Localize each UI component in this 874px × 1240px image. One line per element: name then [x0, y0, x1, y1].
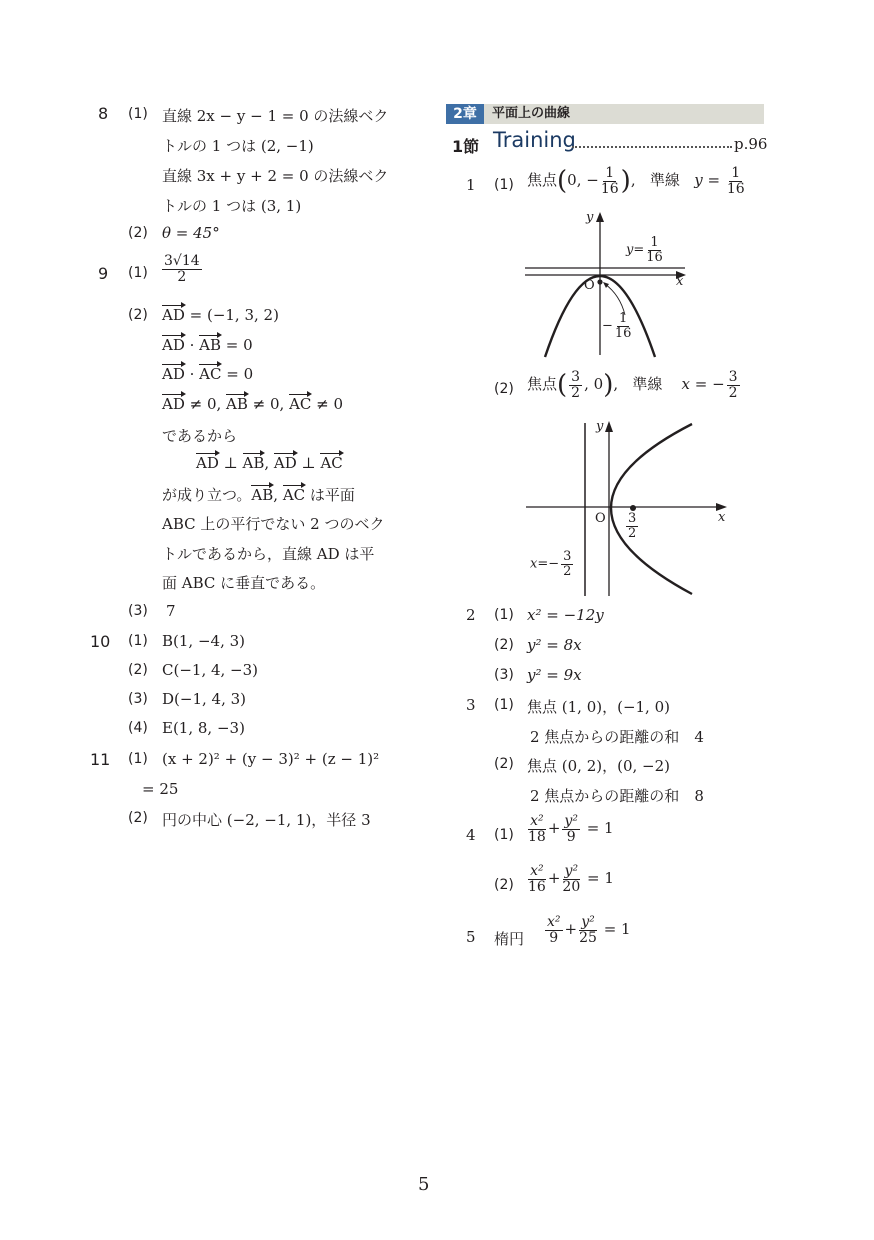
origin-label: O	[595, 511, 606, 526]
answer-line: トルであるから，直線 AD は平	[162, 543, 374, 564]
part-label: (2)	[128, 810, 148, 826]
x-axis-label: x	[676, 274, 683, 289]
x-axis-label: x	[718, 510, 725, 525]
answer-text: D(−1, 4, 3)	[162, 690, 246, 708]
answer-text: B(1, −4, 3)	[162, 632, 245, 650]
y-axis-label: y	[596, 419, 603, 434]
answer-text: θ = 45°	[162, 224, 220, 242]
answer-text: 円の中心 (−2, −1, 1)，半径 3	[162, 809, 371, 830]
answer-line: 直線 3x + y + 2 = 0 の法線ベク	[162, 165, 388, 186]
y-axis-label: y	[586, 210, 593, 225]
directrix-graph-label: x=−32	[530, 550, 575, 578]
directrix-graph-label: y=116	[626, 236, 665, 264]
page-reference: p.96	[734, 135, 767, 153]
part-label: (1)	[494, 177, 514, 193]
answer-line: が成り立つ。AB, AC は平面	[162, 484, 355, 505]
chapter-header: 2章 平面上の曲線	[446, 104, 764, 124]
answer-line: AD ≠ 0, AB ≠ 0, AC ≠ 0	[162, 395, 343, 413]
section-number: 1節	[452, 134, 479, 157]
answer-line: AD · AC = 0	[162, 365, 253, 383]
part-label: (2)	[128, 307, 148, 323]
chapter-badge: 2章	[446, 104, 484, 124]
part-label: (4)	[128, 720, 148, 736]
answer-line: = 25	[142, 780, 178, 798]
part-label: (2)	[494, 637, 514, 653]
focus-point	[597, 279, 602, 284]
answer-text: C(−1, 4, −3)	[162, 661, 258, 679]
section-title: Training	[493, 128, 576, 152]
ellipse-equation: x²16+y²20 = 1	[526, 864, 614, 894]
answer-line: であるから	[162, 425, 237, 446]
question-number: 5	[466, 928, 476, 946]
answer-line: AD = (−1, 3, 2)	[162, 306, 279, 324]
answer-text: y² = 9x	[527, 666, 582, 684]
question-number: 2	[466, 606, 476, 624]
fraction: 3√142	[160, 254, 204, 284]
ellipse-equation: x²18+y²9 = 1	[526, 814, 614, 844]
part-label: (3)	[494, 667, 514, 683]
answer-line: ABC 上の平行でない 2 つのベク	[162, 513, 384, 534]
question-number: 4	[466, 826, 476, 844]
arrowhead-icon	[603, 282, 609, 288]
answer-line: 焦点(32, 0), 準線 x = −32	[527, 370, 742, 400]
question-number: 11	[90, 750, 110, 769]
answer-line: トルの 1 つは (3, 1)	[162, 195, 301, 216]
answer-text: y² = 8x	[527, 636, 582, 654]
chapter-title: 平面上の曲線	[492, 104, 570, 124]
part-label: (1)	[128, 106, 148, 122]
part-label: (3)	[128, 603, 148, 619]
answer-label: 楕円	[494, 928, 524, 949]
y-axis-arrow-icon	[605, 421, 613, 432]
part-label: (3)	[128, 691, 148, 707]
answer-line: 焦点 (1, 0)，(−1, 0)	[527, 696, 670, 717]
focus-graph-label: −116	[602, 312, 633, 340]
part-label: (1)	[494, 827, 514, 843]
part-label: (1)	[128, 265, 148, 281]
part-label: (1)	[494, 697, 514, 713]
question-number: 10	[90, 632, 110, 651]
answer-line: 2 焦点からの距離の和 8	[530, 785, 704, 806]
answer-text: 7	[166, 602, 176, 620]
parabola-curve	[611, 424, 692, 594]
question-number: 3	[466, 696, 476, 714]
answer-line: (x + 2)² + (y − 3)² + (z − 1)²	[162, 750, 379, 768]
question-number: 9	[98, 264, 108, 283]
answer-line: AD ⊥ AB, AD ⊥ AC	[196, 454, 343, 472]
answer-line: 2 焦点からの距離の和 4	[530, 726, 704, 747]
answer-text: x² = −12y	[527, 606, 604, 624]
part-label: (1)	[128, 633, 148, 649]
answer-line: 面 ABC に垂直である。	[162, 572, 325, 593]
part-label: (1)	[128, 751, 148, 767]
question-number: 1	[466, 176, 476, 194]
part-label: (2)	[494, 381, 514, 397]
origin-label: O	[584, 278, 595, 293]
answer-line: 直線 2x − y − 1 = 0 の法線ベク	[162, 105, 388, 126]
part-label: (2)	[494, 877, 514, 893]
part-label: (1)	[494, 607, 514, 623]
page-number: 5	[418, 1174, 429, 1195]
part-label: (2)	[128, 662, 148, 678]
answer-text: E(1, 8, −3)	[162, 719, 245, 737]
answer-line: AD · AB = 0	[162, 336, 253, 354]
part-label: (2)	[494, 756, 514, 772]
question-number: 8	[98, 104, 108, 123]
answer-line: 焦点 (0, 2)，(0, −2)	[527, 755, 670, 776]
answer-line: 焦点(0, −116), 準線 y = 116	[527, 166, 747, 196]
leader-dots	[572, 146, 732, 148]
answer-line: トルの 1 つは (2, −1)	[162, 135, 314, 156]
y-axis-arrow-icon	[596, 212, 604, 222]
focus-graph-label: 32	[624, 512, 640, 540]
part-label: (2)	[128, 225, 148, 241]
ellipse-equation: x²9+y²25 = 1	[543, 915, 631, 945]
